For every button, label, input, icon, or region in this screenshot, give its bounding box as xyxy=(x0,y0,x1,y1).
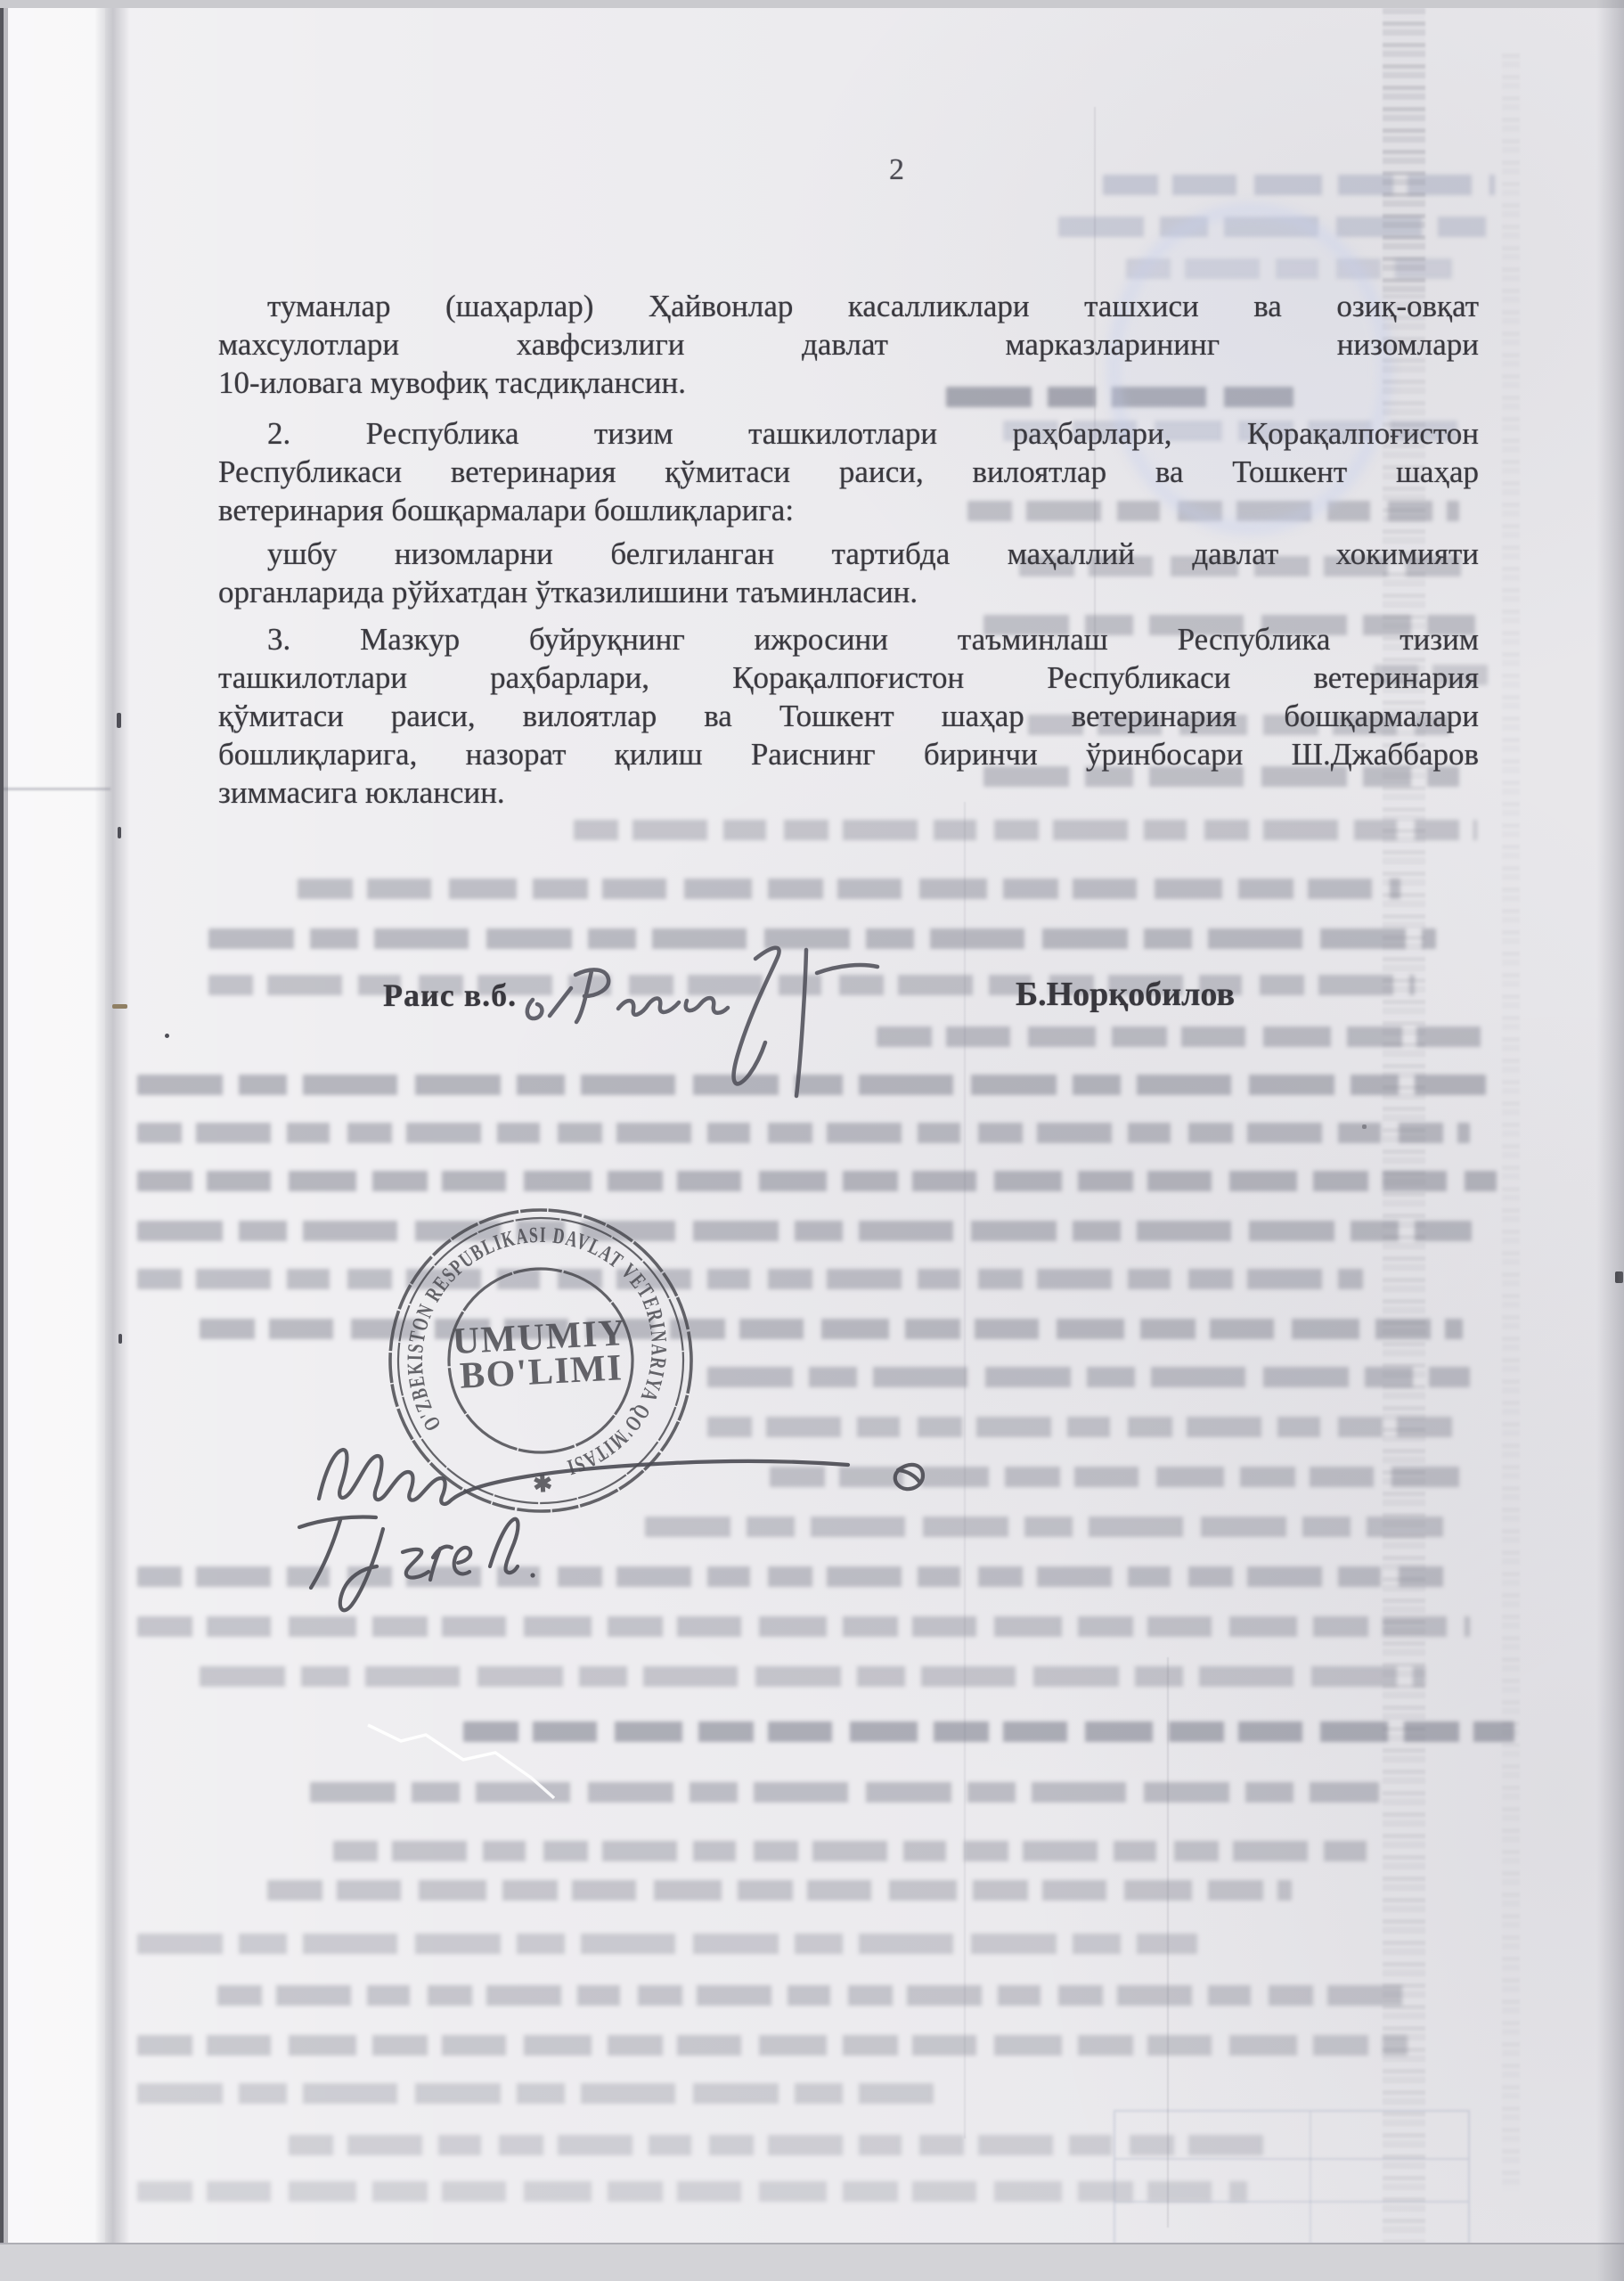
stamp-center-line2: BO'LIMI xyxy=(459,1347,624,1397)
scanner-bottom-edge xyxy=(0,2243,1624,2281)
handwritten-note-2 xyxy=(299,1517,535,1610)
official-stamp: O'ZBEKISTON RESPUBLIKASI DAVLAT VETERINA… xyxy=(382,1202,698,1518)
paper-scratch xyxy=(368,1725,554,1798)
scanner-top-edge xyxy=(0,0,1624,8)
ink-overlay: O'ZBEKISTON RESPUBLIKASI DAVLAT VETERINA… xyxy=(0,0,1624,2281)
handwritten-note-1 xyxy=(319,1450,923,1504)
signature-ink xyxy=(527,948,877,1096)
page-right-edge xyxy=(1596,0,1624,2281)
page-left-edge-soft xyxy=(4,0,8,2281)
